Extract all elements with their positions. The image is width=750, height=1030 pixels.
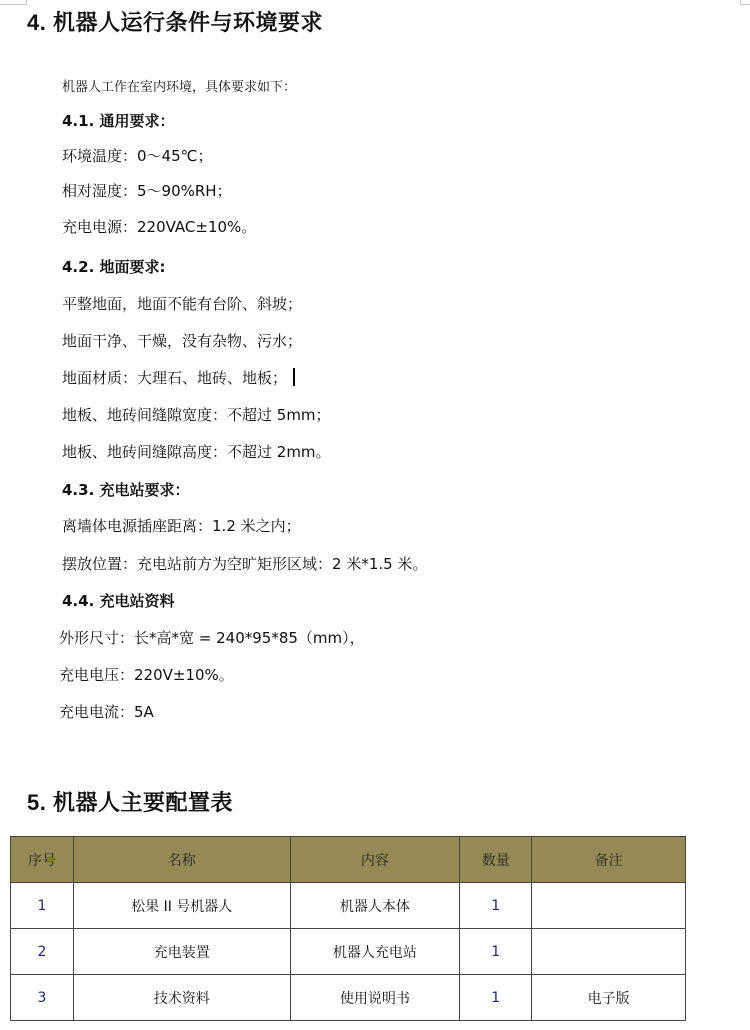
cell-index: 1	[11, 883, 74, 929]
requirement-line: 环境温度：0～45℃；	[62, 145, 212, 166]
cell-name: 技术资料	[73, 975, 290, 1021]
requirement-line: 离墙体电源插座距离：1.2 米之内；	[62, 515, 301, 536]
requirement-line-with-caret[interactable]: 地面材质：大理石、地砖、地板；	[62, 367, 295, 388]
requirement-line: 摆放位置：充电站前方为空旷矩形区域：2 米*1.5 米。	[62, 553, 427, 574]
requirement-line: 地板、地砖间缝隙宽度：不超过 5mm；	[62, 404, 331, 425]
section-5-heading: 5. 机器人主要配置表	[27, 786, 233, 817]
table-header-row: 序号 名称 内容 数量 备注	[11, 837, 686, 883]
cell-remarks	[532, 929, 686, 975]
requirement-line: 平整地面，地面不能有台阶、斜坡；	[62, 293, 302, 314]
cell-content: 机器人本体	[290, 883, 460, 929]
requirement-line: 相对湿度：5～90%RH；	[62, 180, 232, 201]
spec-line: 充电电压：220V±10%。	[59, 664, 234, 685]
section-4-heading: 4. 机器人运行条件与环境要求	[27, 6, 323, 37]
subsection-4-2-heading: 4.2. 地面要求:	[62, 256, 166, 277]
subsection-4-1-heading: 4.1. 通用要求：	[62, 110, 175, 131]
table-row: 3 技术资料 使用说明书 1 电子版	[11, 975, 686, 1021]
cell-content: 机器人充电站	[290, 929, 460, 975]
cell-quantity: 1	[460, 929, 532, 975]
header-cell-remarks: 备注	[532, 837, 686, 883]
requirement-text: 地面材质：大理石、地砖、地板；	[62, 369, 287, 387]
requirement-line: 地面干净、干燥，没有杂物、污水；	[62, 330, 302, 351]
cell-index: 3	[11, 975, 74, 1021]
header-cell-index: 序号	[11, 837, 74, 883]
spec-line: 充电电流：5A	[59, 701, 154, 722]
subsection-4-3-heading: 4.3. 充电站要求：	[62, 479, 190, 500]
cell-remarks	[532, 883, 686, 929]
cell-quantity: 1	[460, 883, 532, 929]
spec-line: 外形尺寸：长*高*宽 = 240*95*85（mm），	[59, 627, 365, 648]
requirement-line: 充电电源：220VAC±10%。	[62, 216, 256, 237]
intro-text: 机器人工作在室内环境，具体要求如下：	[62, 76, 296, 95]
cell-quantity: 1	[460, 975, 532, 1021]
text-cursor	[293, 368, 295, 386]
cell-content: 使用说明书	[290, 975, 460, 1021]
header-cell-name: 名称	[73, 837, 290, 883]
page-corner-mark	[0, 0, 27, 5]
page-corner-mark	[740, 0, 750, 5]
cell-remarks: 电子版	[532, 975, 686, 1021]
subsection-4-4-heading: 4.4. 充电站资料	[62, 590, 175, 611]
requirement-line: 地板、地砖间缝隙高度：不超过 2mm。	[62, 441, 331, 462]
header-cell-content: 内容	[290, 837, 460, 883]
cell-name: 松果 II 号机器人	[73, 883, 290, 929]
cell-index: 2	[11, 929, 74, 975]
table-row: 1 松果 II 号机器人 机器人本体 1	[11, 883, 686, 929]
header-cell-quantity: 数量	[460, 837, 532, 883]
table-row: 2 充电装置 机器人充电站 1	[11, 929, 686, 975]
configuration-table: 序号 名称 内容 数量 备注 1 松果 II 号机器人 机器人本体 1 2 充电…	[10, 836, 686, 1021]
cell-name: 充电装置	[73, 929, 290, 975]
